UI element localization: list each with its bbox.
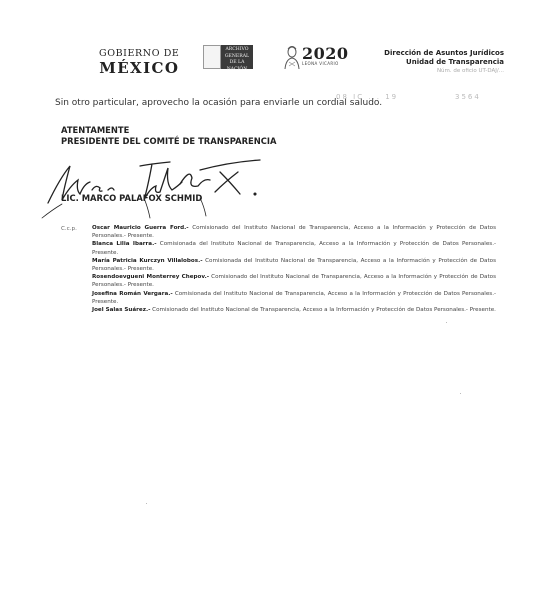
ccp-label: C.c.p.: [61, 226, 77, 232]
department-header: Dirección de Asuntos Jurídicos Unidad de…: [384, 49, 504, 76]
scan-speck: [446, 322, 447, 323]
archivo-emblem-icon: [203, 45, 221, 69]
gobierno-de-mexico-logo: GOBIERNO DE MÉXICO: [99, 48, 179, 77]
office-number: Núm. de oficio UT-DAJ/...: [384, 67, 504, 76]
archivo-general-logo: ARCHIVO GENERAL DE LA NACIÓN: [203, 45, 253, 69]
ccp-item: Rosendoevgueni Monterrey Chepov.- Comisi…: [92, 273, 496, 289]
signer-role: PRESIDENTE DEL COMITÉ DE TRANSPARENCIA: [61, 136, 277, 147]
ccp-recipient-name: Blanca Lilia Ibarra.-: [92, 241, 157, 247]
leona-vicario-portrait-icon: [283, 44, 301, 70]
ccp-item: Joel Salas Suárez.- Comisionado del Inst…: [92, 306, 496, 314]
department-name: Dirección de Asuntos Jurídicos: [384, 49, 504, 58]
ccp-recipient-name: Oscar Mauricio Guerra Ford.-: [92, 225, 189, 231]
scan-speck: [460, 393, 461, 394]
ccp-recipient-name: María Patricia Kurczyn Villalobos.-: [92, 258, 203, 264]
received-stamp-date: 08 IC ... 19: [336, 93, 398, 101]
ccp-recipient-name: Josefina Román Vergara.-: [92, 291, 173, 297]
closing-line: Sin otro particular, aprovecho la ocasió…: [55, 98, 382, 108]
mexico-line: MÉXICO: [99, 59, 179, 77]
signer-name: LIC. MARCO PALAFOX SCHMID: [61, 193, 202, 203]
ccp-recipient-name: Rosendoevgueni Monterrey Chepov.-: [92, 274, 209, 280]
handwritten-signature-icon: [40, 158, 280, 220]
unit-name: Unidad de Transparencia: [384, 58, 504, 67]
ccp-item: Oscar Mauricio Guerra Ford.- Comisionado…: [92, 224, 496, 240]
year-logo: 2020 LEONA VICARIO: [302, 44, 349, 66]
ccp-item: María Patricia Kurczyn Villalobos.- Comi…: [92, 257, 496, 273]
ccp-item: Blanca Lilia Ibarra.- Comisionada del In…: [92, 240, 496, 256]
archivo-logo-text: ARCHIVO GENERAL DE LA NACIÓN: [221, 45, 253, 69]
scan-speck: [146, 503, 147, 504]
ccp-item: Josefina Román Vergara.- Comisionada del…: [92, 290, 496, 306]
document-page: GOBIERNO DE MÉXICO ARCHIVO GENERAL DE LA…: [0, 0, 556, 615]
ccp-recipient-title: Comisionado del Instituto Nacional de Tr…: [150, 307, 496, 313]
received-stamp-code: 3564: [455, 93, 481, 101]
gobierno-line: GOBIERNO DE: [99, 48, 179, 59]
attentively-label: ATENTAMENTE: [61, 125, 277, 136]
ccp-list: Oscar Mauricio Guerra Ford.- Comisionado…: [92, 224, 496, 314]
ccp-recipient-name: Joel Salas Suárez.-: [92, 307, 150, 313]
sign-off-block: ATENTAMENTE PRESIDENTE DEL COMITÉ DE TRA…: [61, 125, 277, 147]
